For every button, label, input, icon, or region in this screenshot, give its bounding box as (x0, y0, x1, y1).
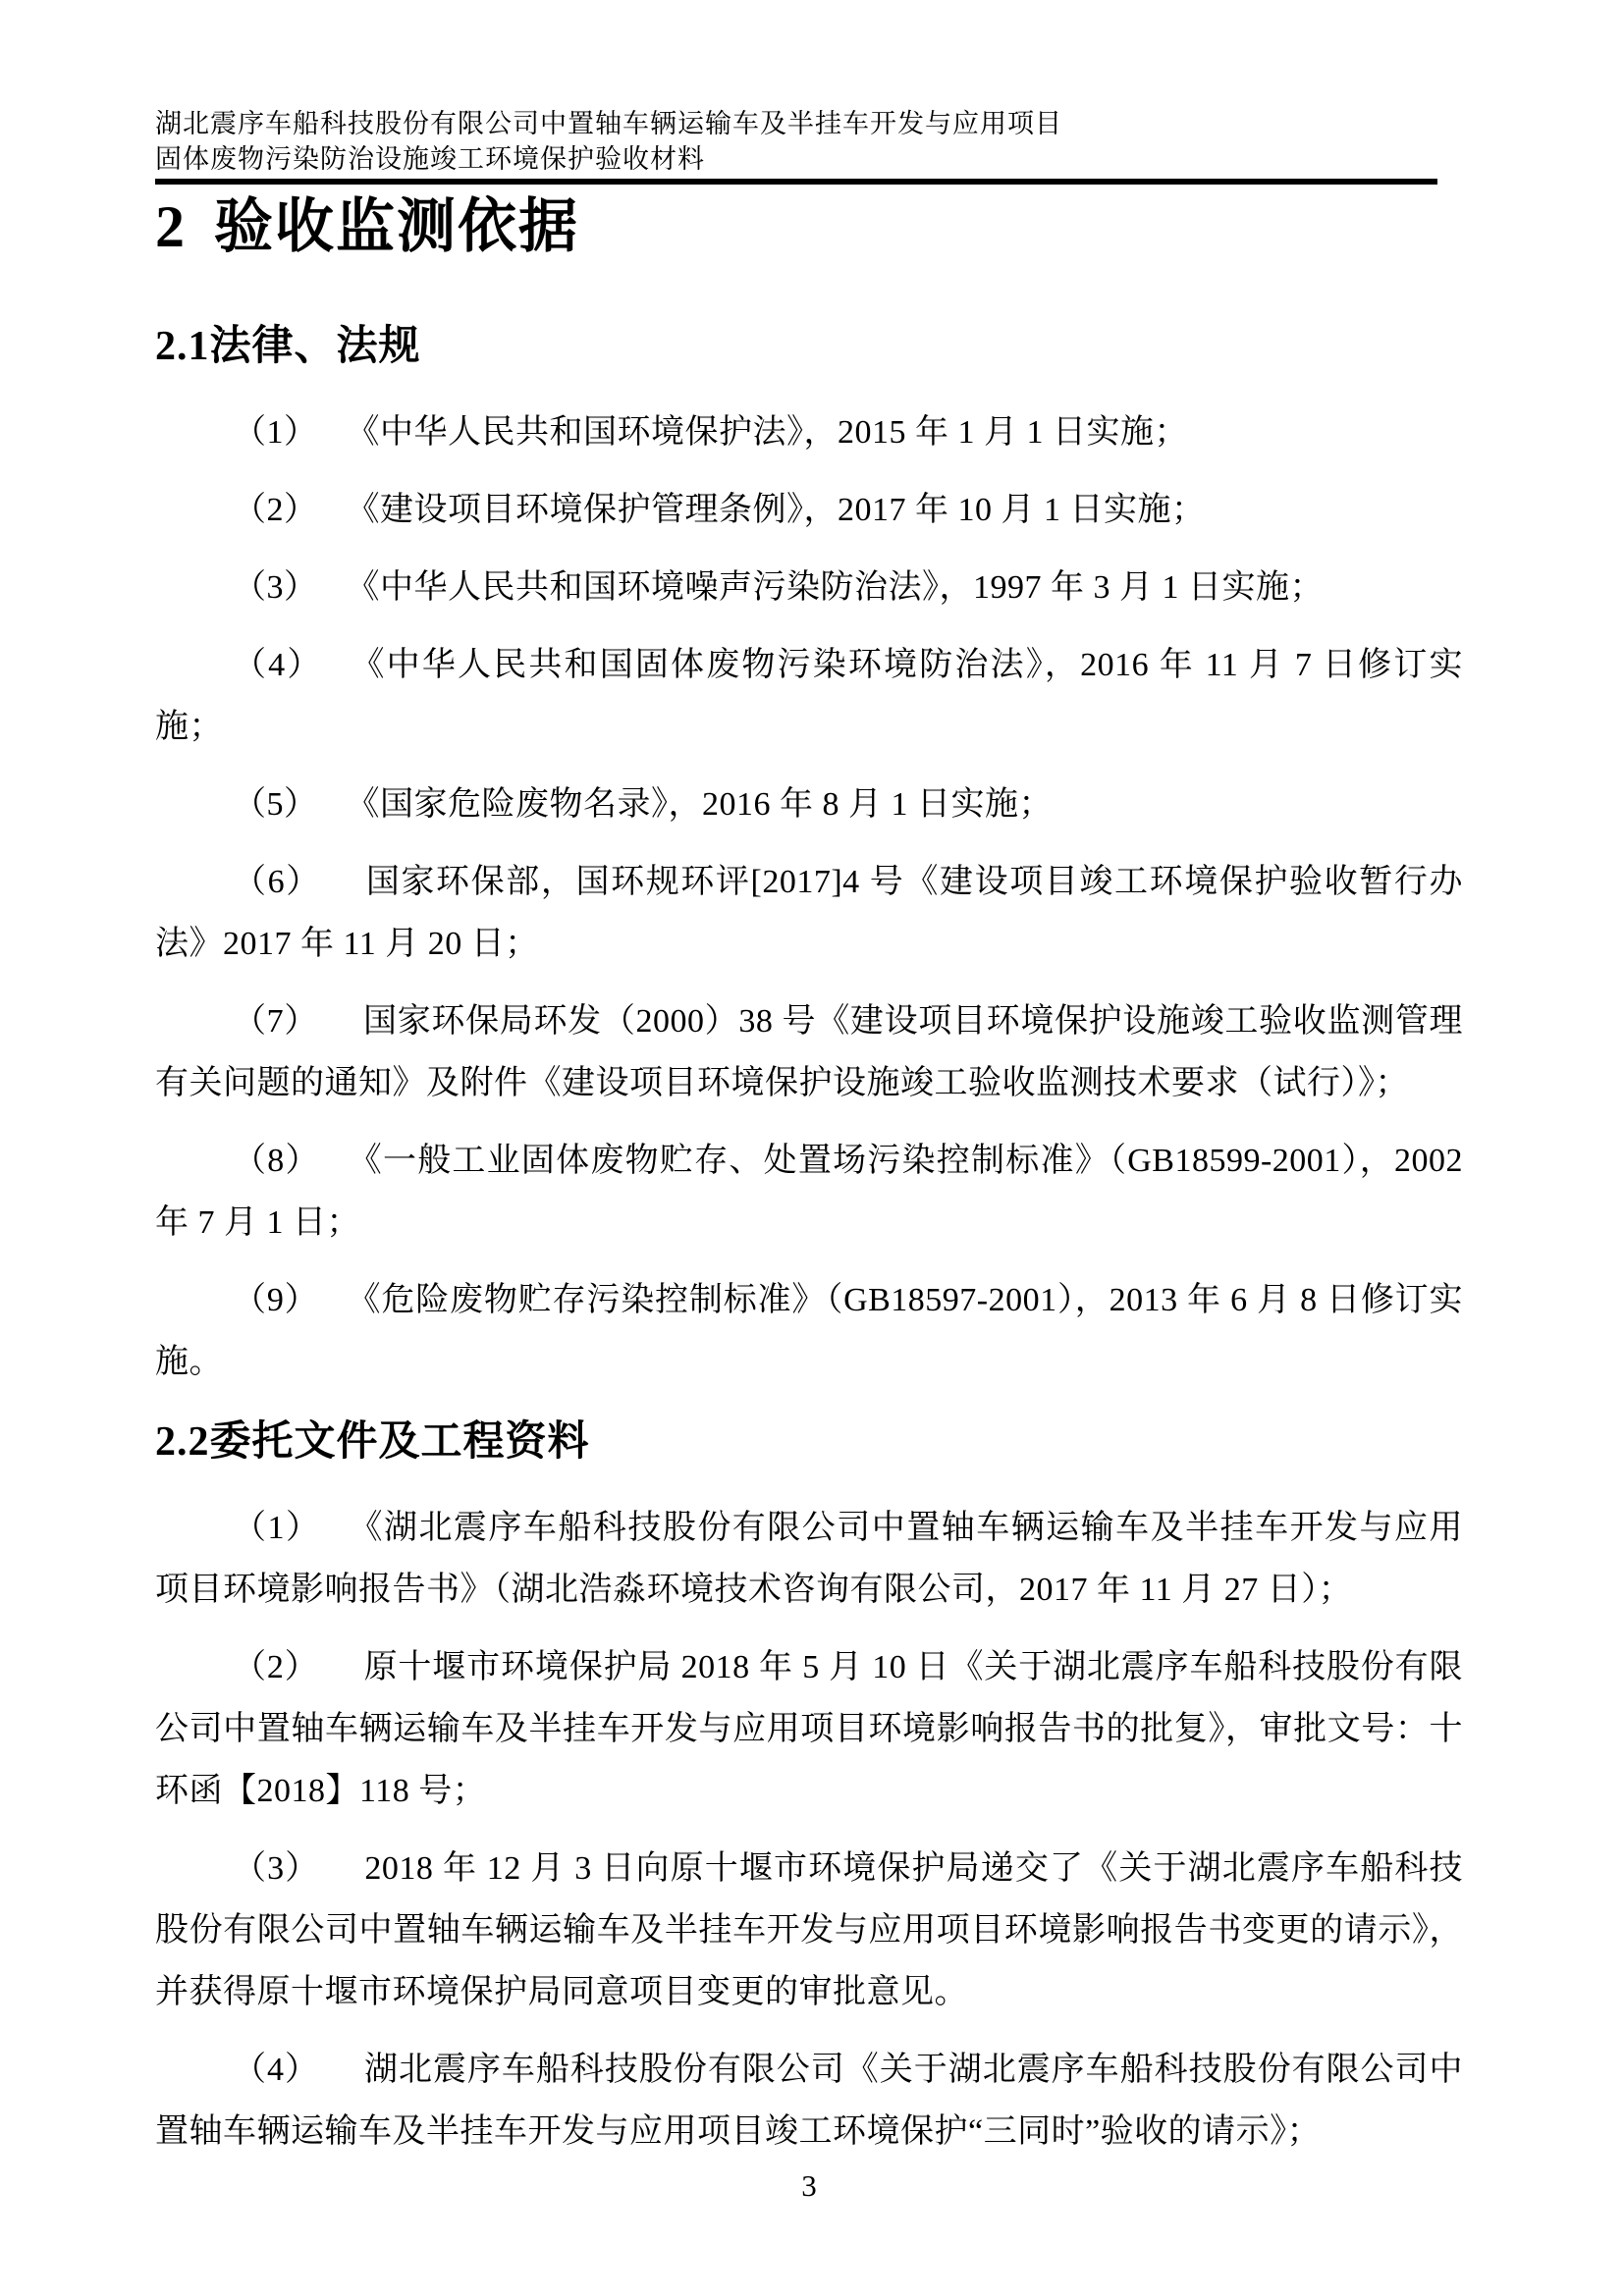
item-number: （9） (233, 1282, 319, 1318)
list-item: （3）2018 年 12 月 3 日向原十堰市环境保护局递交了《关于湖北震序车船… (155, 1838, 1463, 2023)
list-item: （6）国家环保部，国环规环评[2017]4 号《建设项目竣工环境保护验收暂行办法… (155, 851, 1463, 975)
chapter-title: 2验收监测依据 (155, 190, 1463, 263)
item-number: （6） (233, 864, 321, 900)
page-header: 湖北震序车船科技股份有限公司中置轴车辆运输车及半挂车开发与应用项目 固体废物污染… (155, 106, 1463, 177)
header-rule (155, 179, 1437, 185)
section-heading-2-2: 2.2委托文件及工程资料 (155, 1416, 1463, 1468)
item-number: （5） (233, 786, 318, 823)
list-item: （1）《中华人民共和国环境保护法》，2015 年 1 月 1 日实施； (155, 401, 1463, 463)
item-number: （1） (233, 1510, 320, 1546)
item-text: 2018 年 12 月 3 日向原十堰市环境保护局递交了《关于湖北震序车船科技股… (155, 1850, 1463, 2010)
list-item: （5）《国家危险废物名录》，2016 年 8 月 1 日实施； (155, 774, 1463, 835)
item-number: （2） (233, 1649, 319, 1685)
item-text: 《危险废物贮存污染控制标准》（GB18597-2001），2013 年 6 月 … (155, 1282, 1463, 1380)
item-number: （4） (233, 647, 323, 683)
item-number: （1） (233, 414, 318, 451)
list-item: （9）《危险废物贮存污染控制标准》（GB18597-2001），2013 年 6… (155, 1269, 1463, 1393)
item-text: 《湖北震序车船科技股份有限公司中置轴车辆运输车及半挂车开发与应用项目环境影响报告… (155, 1510, 1463, 1608)
item-text: 《一般工业固体废物贮存、处置场污染控制标准》（GB18599-2001），200… (155, 1143, 1463, 1241)
chapter-number: 2 (155, 194, 187, 259)
list-item: （4）湖北震序车船科技股份有限公司《关于湖北震序车船科技股份有限公司中置轴车辆运… (155, 2039, 1463, 2163)
item-number: （3） (233, 1850, 319, 1887)
item-text: 《国家危险废物名录》，2016 年 8 月 1 日实施； (363, 786, 1054, 823)
header-line-1: 湖北震序车船科技股份有限公司中置轴车辆运输车及半挂车开发与应用项目 (155, 106, 1463, 141)
chapter-title-text: 验收监测依据 (214, 194, 579, 259)
section-heading-2-1: 2.1法律、法规 (155, 321, 1463, 372)
list-item: （1）《湖北震序车船科技股份有限公司中置轴车辆运输车及半挂车开发与应用项目环境影… (155, 1497, 1463, 1621)
list-item: （7）国家环保局环发（2000）38 号《建设项目环境保护设施竣工验收监测管理有… (155, 990, 1463, 1114)
item-number: （3） (233, 569, 318, 606)
list-item: （8）《一般工业固体废物贮存、处置场污染控制标准》（GB18599-2001），… (155, 1130, 1463, 1254)
document-page: 湖北震序车船科技股份有限公司中置轴车辆运输车及半挂车开发与应用项目 固体废物污染… (0, 0, 1624, 2296)
item-number: （2） (233, 492, 318, 528)
list-item: （3）《中华人民共和国环境噪声污染防治法》，1997 年 3 月 1 日实施； (155, 557, 1463, 618)
item-text: 《建设项目环境保护管理条例》，2017 年 10 月 1 日实施； (363, 492, 1206, 528)
page-number: 3 (155, 2166, 1463, 2206)
list-item: （2）《建设项目环境保护管理条例》，2017 年 10 月 1 日实施； (155, 479, 1463, 541)
item-text: 湖北震序车船科技股份有限公司《关于湖北震序车船科技股份有限公司中置轴车辆运输车及… (155, 2052, 1463, 2150)
list-item: （4）《中华人民共和国固体废物污染环境防治法》，2016 年 11 月 7 日修… (155, 634, 1463, 758)
list-item: （2）原十堰市环境保护局 2018 年 5 月 10 日《关于湖北震序车船科技股… (155, 1636, 1463, 1822)
header-line-2: 固体废物污染防治设施竣工环境保护验收材料 (155, 141, 1463, 177)
item-text: 《中华人民共和国环境保护法》，2015 年 1 月 1 日实施； (363, 414, 1189, 451)
item-text: 原十堰市环境保护局 2018 年 5 月 10 日《关于湖北震序车船科技股份有限… (155, 1649, 1463, 1809)
item-number: （4） (233, 2052, 319, 2088)
item-text: 国家环保部，国环规环评[2017]4 号《建设项目竣工环境保护验收暂行办法》20… (155, 864, 1463, 962)
item-text: 《中华人民共和国固体废物污染环境防治法》，2016 年 11 月 7 日修订实施… (155, 647, 1463, 745)
item-number: （7） (233, 1003, 318, 1040)
item-text: 《中华人民共和国环境噪声污染防治法》，1997 年 3 月 1 日实施； (363, 569, 1325, 606)
item-number: （8） (233, 1143, 320, 1179)
item-text: 国家环保局环发（2000）38 号《建设项目环境保护设施竣工验收监测管理有关问题… (155, 1003, 1463, 1101)
